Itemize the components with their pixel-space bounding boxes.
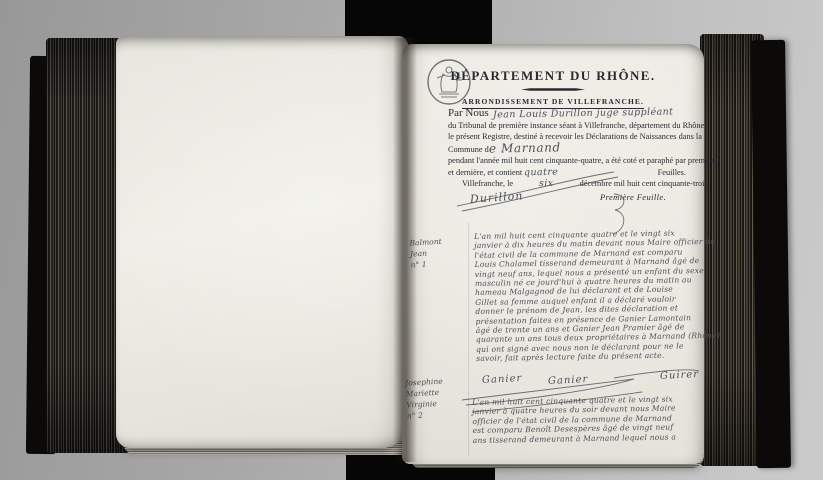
photo-stage: DÉPARTEMENT DU RHÔNE. ARRONDISSEMENT DE … bbox=[0, 0, 823, 480]
preamble-line-1: Par Nous Jean Louis Durillon juge supplé… bbox=[448, 108, 686, 120]
preamble-line-6: et dernière, et contient quatreFeuilles. bbox=[448, 167, 686, 179]
judge-signature: Durillon bbox=[470, 190, 524, 205]
preamble-line-4: Commune de Marnand bbox=[448, 143, 686, 156]
register-right-page: DÉPARTEMENT DU RHÔNE. ARRONDISSEMENT DE … bbox=[402, 44, 704, 464]
commune-name-handwritten: e Marnand bbox=[489, 142, 561, 155]
preamble-line-5: pendant l'année mil huit cent cinquante-… bbox=[448, 155, 686, 167]
witness-signature-1: Ganier bbox=[482, 373, 523, 386]
blank-left-page bbox=[116, 36, 408, 448]
swelled-rule-ornament bbox=[521, 88, 585, 91]
entry-1-act-text: L'an mil huit cent cinquante quatre et l… bbox=[474, 228, 698, 364]
date-line: Villefranche, lesixdécembre mil huit cen… bbox=[448, 178, 686, 190]
arrondissement-subtitle: ARRONDISSEMENT DE VILLEFRANCHE. bbox=[402, 97, 704, 106]
entry-2-act-text: L'an mil huit cent cinquante quatre et l… bbox=[472, 394, 699, 445]
preamble-line-2: du Tribunal de première instance séant à… bbox=[448, 120, 686, 132]
preamble-signature-row: Durillon Première Feuille. bbox=[448, 190, 686, 206]
department-title: DÉPARTEMENT DU RHÔNE. bbox=[402, 68, 704, 84]
preamble-line-3: le présent Registre, destiné à recevoir … bbox=[448, 131, 686, 143]
date-day-handwritten: six bbox=[539, 178, 554, 190]
judge-name-handwritten: Jean Louis Durillon juge suppléant bbox=[493, 106, 674, 121]
margin-act-number: n° 1 bbox=[410, 256, 470, 270]
sheet-count-handwritten: quatre bbox=[524, 166, 558, 178]
witness-signature-2: Ganier bbox=[548, 374, 589, 387]
feuilles-label: Feuilles. bbox=[658, 167, 686, 179]
book-gutter-shadow bbox=[393, 38, 417, 462]
entry-1-margin-note: Balmont Jean n° 1 bbox=[409, 234, 471, 270]
preamble-block: Par Nous Jean Louis Durillon juge supplé… bbox=[448, 108, 686, 206]
first-sheet-label: Première Feuille. bbox=[600, 192, 666, 204]
mayor-signature: Guirer bbox=[660, 369, 700, 382]
book-cover-right-edge bbox=[751, 40, 791, 468]
